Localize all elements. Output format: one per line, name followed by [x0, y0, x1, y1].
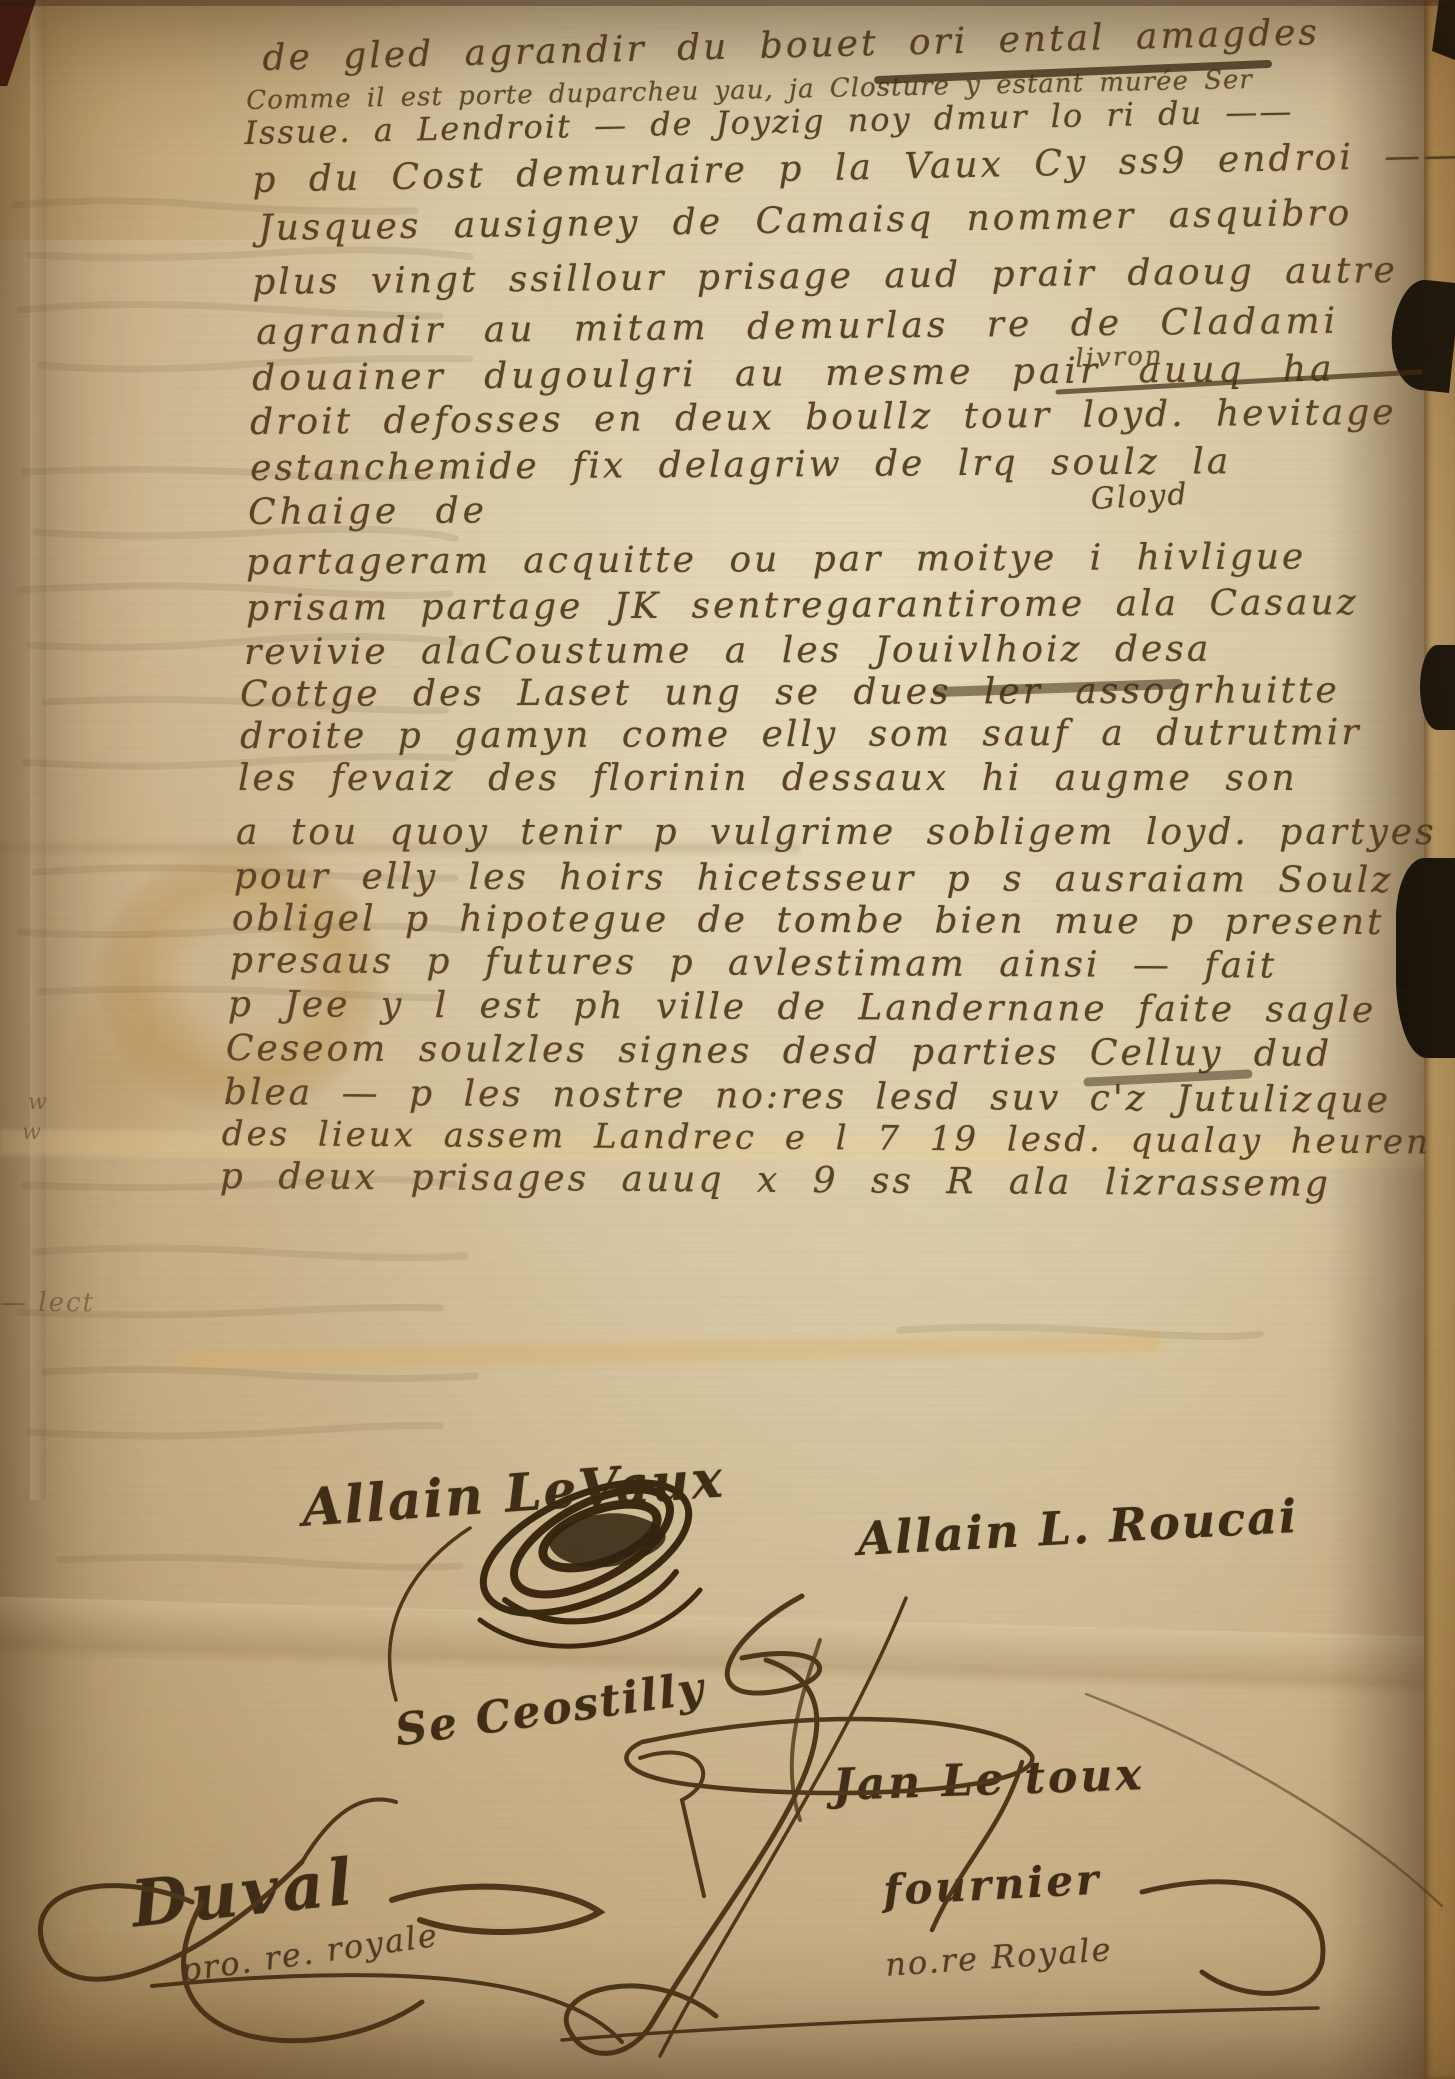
manuscript-line: obligel p hipotegue de tombe bien mue p …	[232, 898, 1385, 943]
manuscript-line: douainer dugoulgri au mesme pair auuq ha	[252, 349, 1336, 399]
torn-edge-notch-3	[1396, 858, 1455, 1058]
top-left-dark-corner	[0, 0, 36, 86]
left-fold-crease	[30, 0, 46, 1500]
manuscript-line: partageram acquitte ou par moitye i hivl…	[246, 536, 1306, 583]
margin-mark: w	[28, 1090, 47, 1115]
signature-allain-leroucai: Allain L. Roucai	[856, 1489, 1300, 1566]
manuscript-line: Cottge des Laset ung se dues ler assogrh…	[240, 670, 1340, 715]
margin-note-lect: — lect	[0, 1288, 95, 1318]
torn-edge-corner	[1432, 0, 1455, 60]
manuscript-line: a tou quoy tenir p vulgrime sobligem loy…	[236, 812, 1437, 853]
manuscript-line: des lieux assem Landrec e l 7 19 lesd. q…	[222, 1114, 1431, 1162]
manuscript-line: Chaige de	[248, 490, 488, 533]
signature-duval: Duval	[128, 1844, 360, 1942]
ink-blot	[549, 1513, 666, 1567]
manuscript-line: plus vingt ssillour prisage aud prair da…	[252, 250, 1398, 303]
manuscript-line: presaus p futures p avlestimam ainsi — f…	[230, 940, 1277, 986]
manuscript-line: estanchemide fix delagriw de lrq soulz l…	[250, 441, 1231, 489]
manuscript-line: p deux prisages auuq x 9 ss R ala lizras…	[220, 1156, 1331, 1205]
top-edge-shadow	[0, 0, 1455, 6]
manuscript-line: blea — p les nostre no:res lesd suv c'z …	[224, 1072, 1391, 1121]
adjacent-page-edge	[1424, 0, 1455, 2079]
signature-fournier-title: no.re Royale	[884, 1930, 1114, 1984]
right-curl-shadow	[1330, 0, 1425, 2079]
manuscript-line: les fevaiz des florinin dessaux hi augme…	[238, 758, 1298, 799]
manuscript-line: Ceseom soulzles signes desd parties Cell…	[226, 1028, 1332, 1075]
manuscript-line: droite p gamyn come elly som sauf a dutr…	[240, 712, 1362, 757]
signature-fournier: fournier	[882, 1855, 1102, 1915]
torn-edge-notch-1	[1386, 277, 1455, 393]
manuscript-line: p Jee y l est ph ville de Landernane fai…	[228, 984, 1377, 1031]
signature-ceostilly: Se Ceostilly	[392, 1663, 708, 1757]
manuscript-line: prisam partage JK sentregarantirome ala …	[246, 582, 1359, 629]
manuscript-line: pour elly les hoirs hicetsseur p s ausra…	[234, 856, 1394, 901]
manuscript-line: agrandir au mitam demurlas re de Cladami	[256, 301, 1339, 353]
margin-mark: w	[22, 1120, 41, 1145]
fold-band	[0, 1596, 1455, 1701]
manuscript-page: de gled agrandir du bouet ori ental amag…	[0, 0, 1455, 2079]
manuscript-line: Jusques ausigney de Camaisq nommer asqui…	[258, 193, 1353, 249]
manuscript-insertion: Gloyd	[1090, 477, 1189, 517]
torn-edge-notch-2	[1420, 645, 1455, 730]
manuscript-line: droit defosses en deux boullz tour loyd.…	[250, 392, 1397, 443]
manuscript-line: revivie alaCoustume a les Jouivlhoiz des…	[244, 629, 1211, 673]
signature-allain-levaux: Allain LeVaux	[300, 1448, 726, 1538]
signature-jan-letoux: Jan Le toux	[832, 1749, 1145, 1811]
yellow-streak	[180, 1333, 1160, 1370]
